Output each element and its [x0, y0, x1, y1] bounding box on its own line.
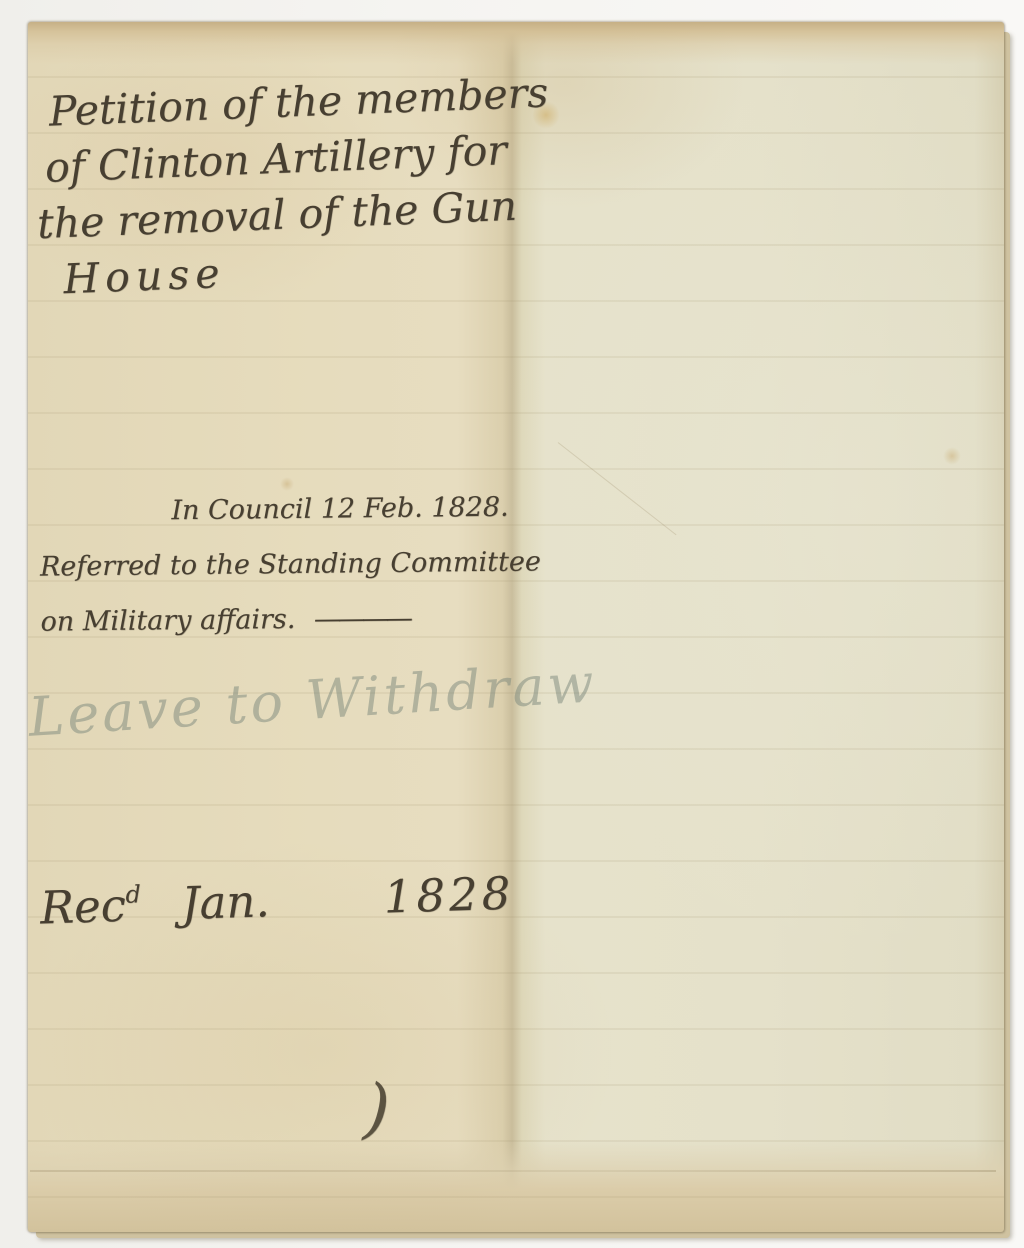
council-committee-text: on Military affairs.: [40, 604, 295, 638]
foxing-stain: [943, 447, 961, 465]
diagonal-crease: [558, 442, 677, 535]
received-year: 1828: [383, 867, 515, 924]
council-date-line: In Council 12 Feb. 1828.: [39, 479, 540, 539]
trailing-rule: ————: [314, 603, 410, 635]
received-abbr: Rec: [39, 879, 126, 935]
council-referred-line: Referred to the Standing Committee: [40, 534, 541, 594]
received-superscript: d: [125, 880, 141, 908]
council-committee-line: on Military affairs. ————: [40, 589, 541, 649]
pencil-note: Leave to Withdraw: [27, 654, 550, 749]
paper-sheet: Petition of the members of Clinton Artil…: [28, 22, 1004, 1232]
document-scan: Petition of the members of Clinton Artil…: [0, 0, 1024, 1248]
stray-ink-mark: ): [362, 1069, 392, 1147]
received-note: Recd Jan. 1828: [39, 867, 515, 935]
council-note: In Council 12 Feb. 1828. Referred to the…: [39, 479, 541, 649]
received-month: Jan.: [181, 874, 271, 930]
title-block: Petition of the members of Clinton Artil…: [48, 64, 556, 307]
bottom-fold-crease: [30, 1170, 996, 1172]
